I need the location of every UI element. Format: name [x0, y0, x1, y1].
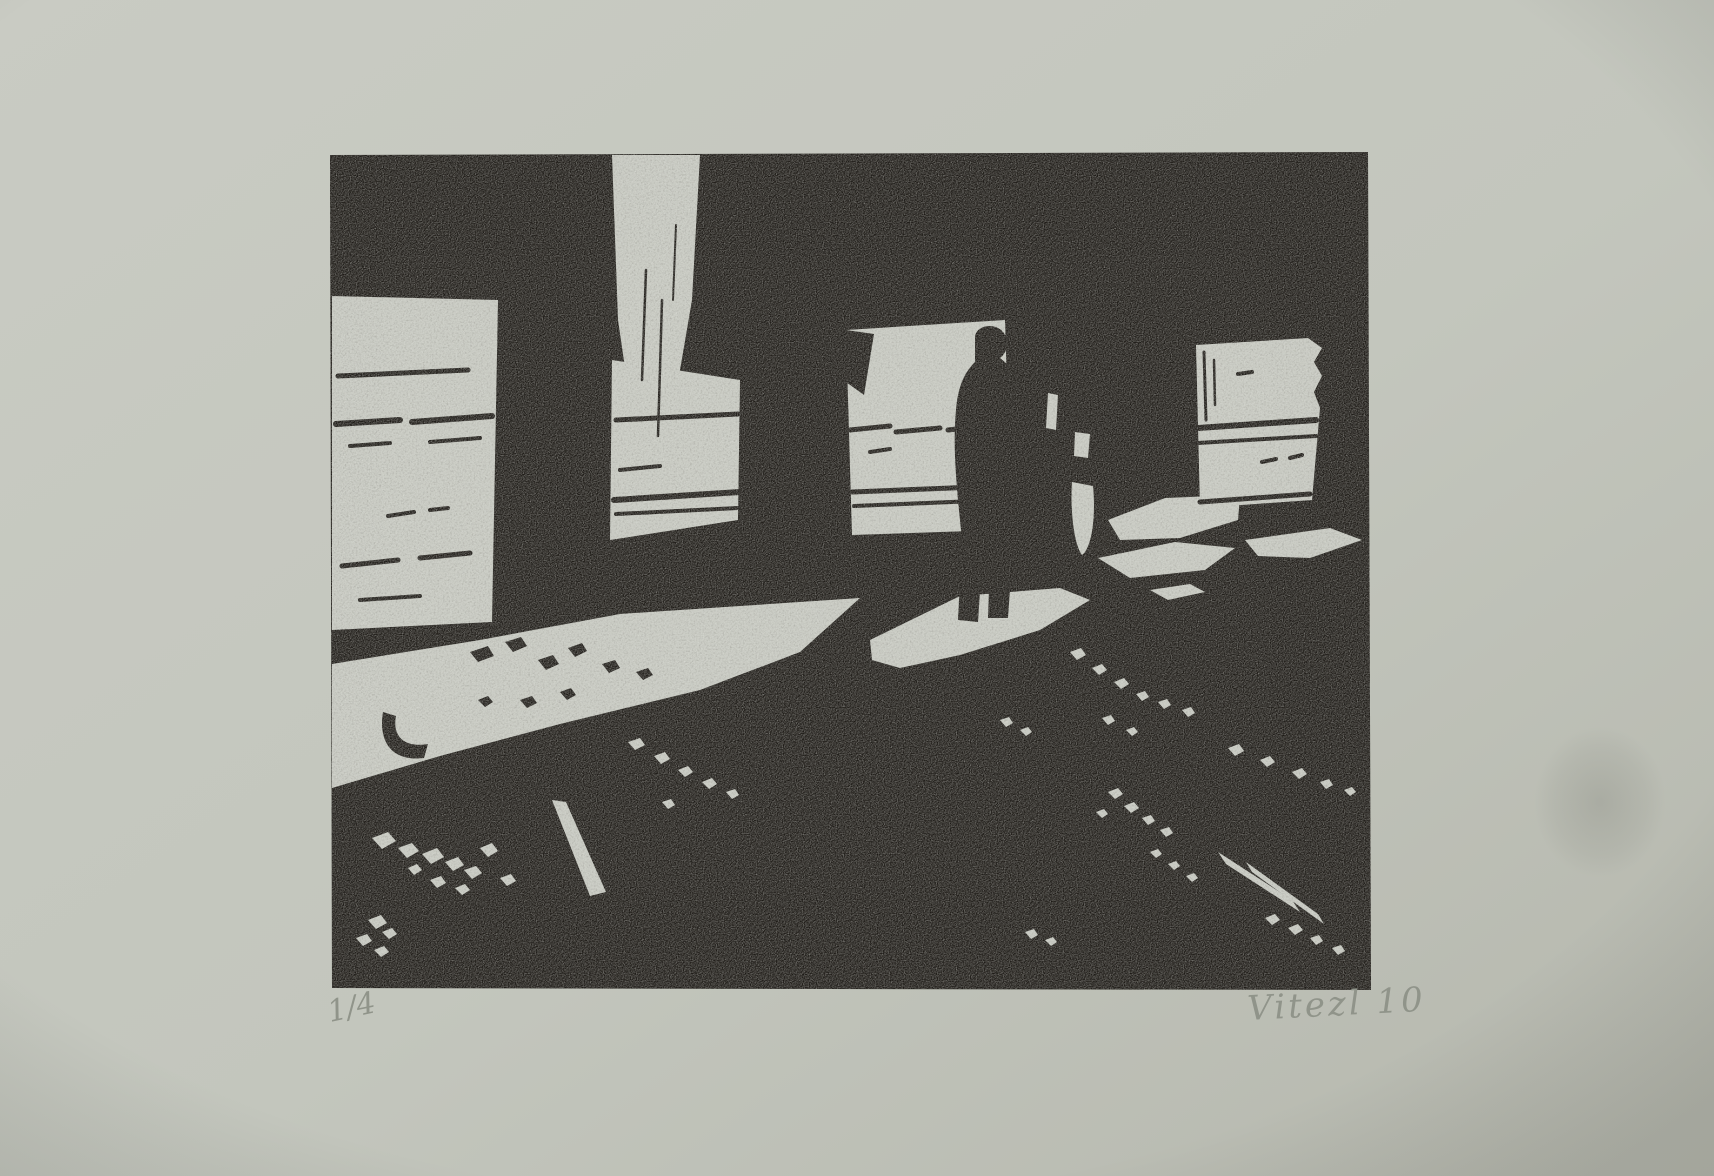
- print-scene: 1/4 Vitezl 10: [0, 0, 1714, 1176]
- print-block: [330, 152, 1371, 990]
- artwork-photo: 1/4 Vitezl 10: [0, 0, 1714, 1176]
- print-texture: [330, 152, 1371, 990]
- paper-smudge: [1534, 726, 1666, 878]
